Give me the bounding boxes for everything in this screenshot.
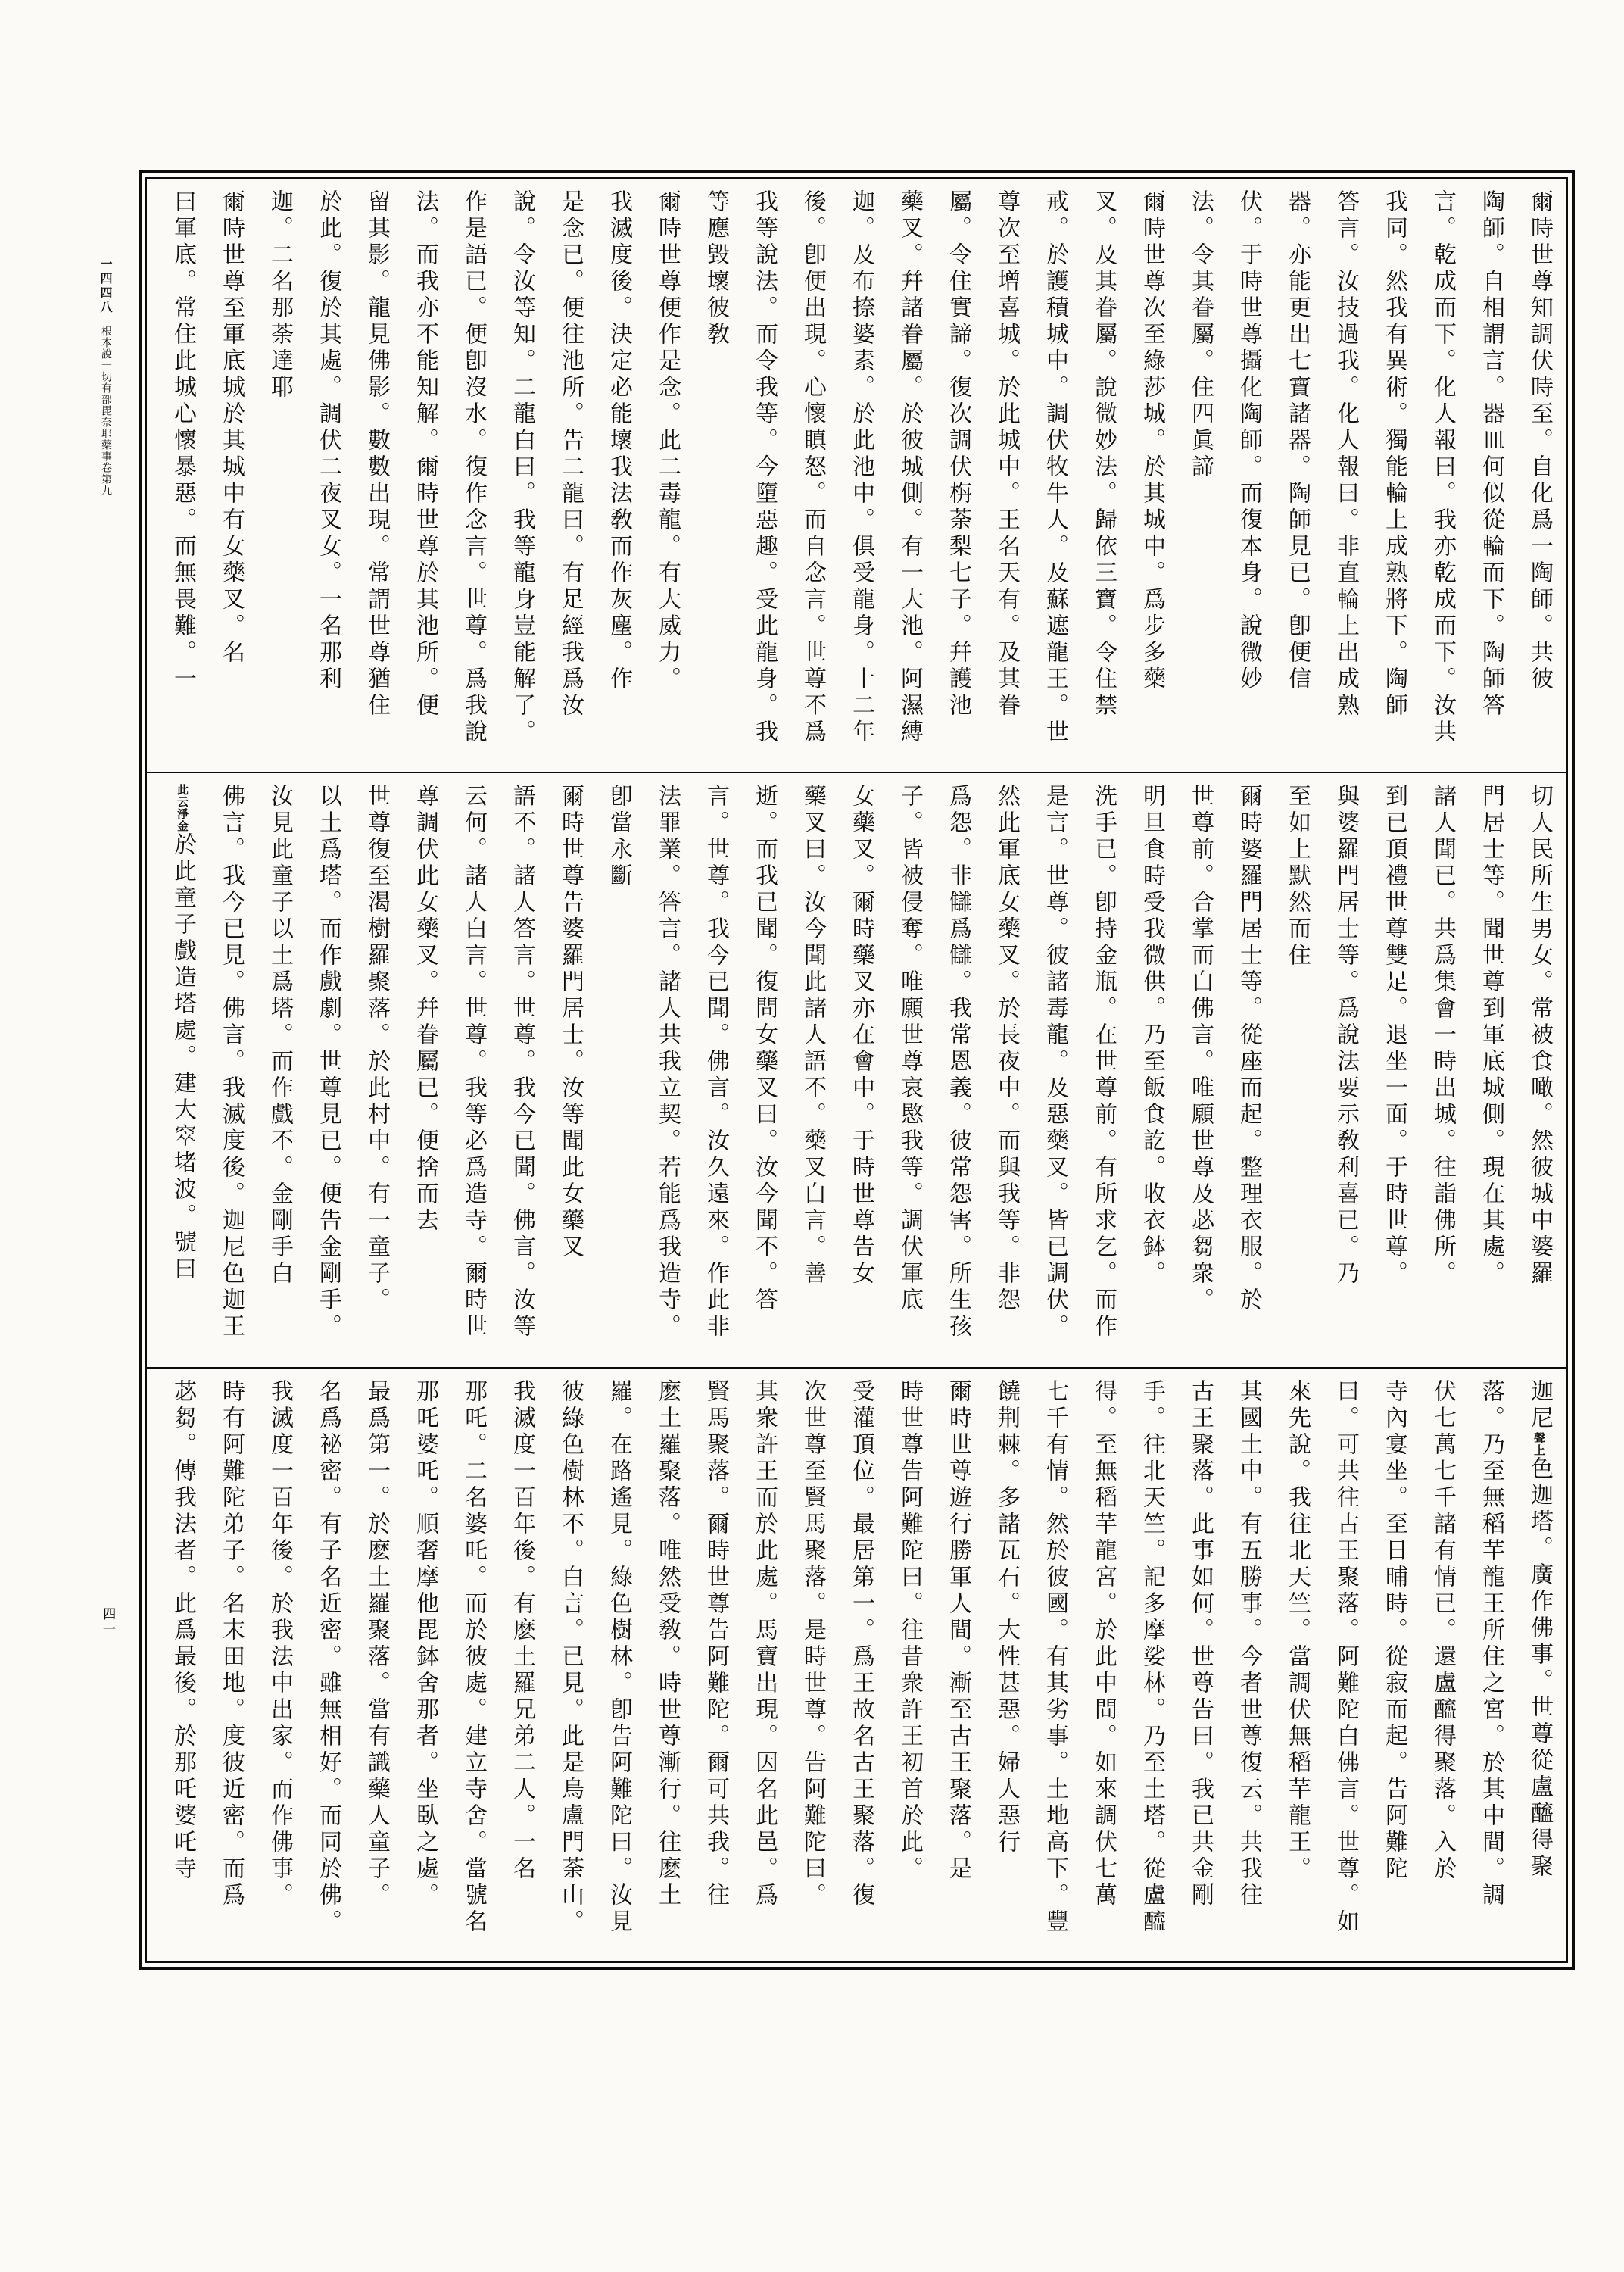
margin-text-number: 一四四八: [97, 257, 114, 315]
register-bottom-text: 迦尼聲上色迦塔。廣作佛事。世尊從盧醯得聚 落。乃至無稻芉龍王所住之宮。於其中間。…: [150, 1379, 1563, 1955]
register-top-text: 爾時世尊知調伏時至。自化爲一陶師。共彼 陶師。自相謂言。器皿何似從輪而下。陶師答…: [150, 189, 1563, 766]
text-block-frame: 爾時世尊知調伏時至。自化爲一陶師。共彼 陶師。自相謂言。器皿何似從輪而下。陶師答…: [139, 170, 1575, 1970]
margin-folio-number: 四一: [98, 1607, 117, 1637]
register-top: 爾時世尊知調伏時至。自化爲一陶師。共彼 陶師。自相謂言。器皿何似從輪而下。陶師答…: [147, 179, 1566, 772]
margin-running-title: 根本說一切有部毘奈耶藥事卷第九: [98, 326, 114, 496]
register-middle-text: 切人民所生男女。常被食噉。然彼城中婆羅 門居士等。聞世尊到軍底城側。現在其處。 …: [150, 784, 1563, 1360]
scanned-canon-page: { "page": { "background": "#fbfaf7", "in…: [0, 0, 1624, 2272]
inline-gloss-note: 此云淨金: [176, 784, 189, 832]
register-middle: 切人民所生男女。常被食噉。然彼城中婆羅 門居士等。聞世尊到軍底城側。現在其處。 …: [147, 772, 1566, 1366]
inline-gloss-note: 聲上: [1532, 1432, 1546, 1456]
register-bottom: 迦尼聲上色迦塔。廣作佛事。世尊從盧醯得聚 落。乃至無稻芉龍王所住之宮。於其中間。…: [147, 1367, 1566, 1961]
text-block-inner-frame: 爾時世尊知調伏時至。自化爲一陶師。共彼 陶師。自相謂言。器皿何似從輪而下。陶師答…: [145, 177, 1568, 1963]
